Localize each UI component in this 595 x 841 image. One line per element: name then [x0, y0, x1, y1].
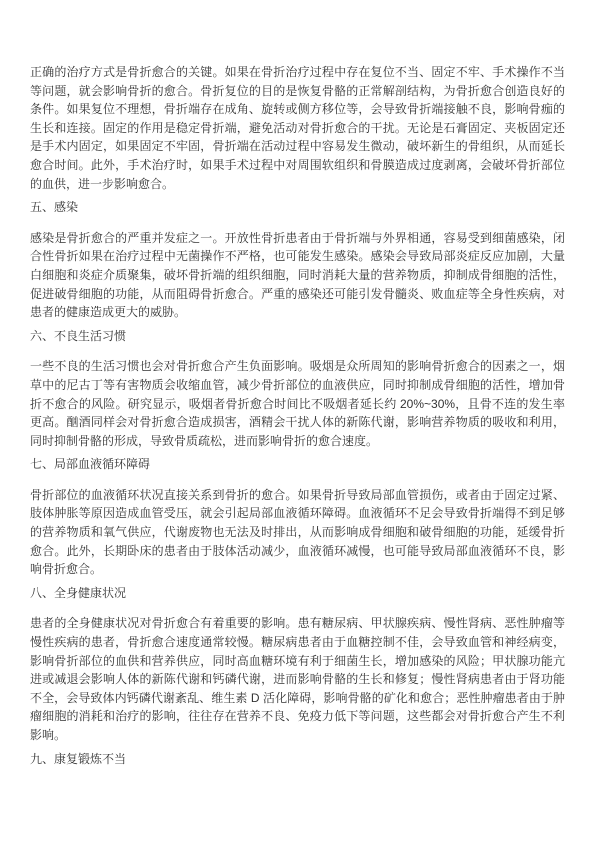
paragraph-infection: 感染是骨折愈合的严重并发症之一。开放性骨折患者由于骨折端与外界相通，容易受到细菌…	[30, 229, 565, 322]
paragraph-local-circulation: 骨折部位的血液循环状况直接关系到骨折的愈合。如果骨折导致局部血管损伤，或者由于固…	[30, 486, 565, 579]
section-heading-9-rehab-exercise: 九、康复锻炼不当	[30, 750, 565, 769]
section-heading-7-local-circulation: 七、局部血液循环障碍	[30, 455, 565, 474]
paragraph-bad-habits: 一些不良的生活习惯也会对骨折愈合产生负面影响。吸烟是众所周知的影响骨折愈合的因素…	[30, 357, 565, 450]
paragraph-general-health: 患者的全身健康状况对骨折愈合有着重要的影响。患有糖尿病、甲状腺疾病、慢性肾病、恶…	[30, 614, 565, 744]
document-body: 正确的治疗方式是骨折愈合的关键。如果在骨折治疗过程中存在复位不当、固定不牢、手术…	[30, 63, 565, 768]
paragraph-treatment-method: 正确的治疗方式是骨折愈合的关键。如果在骨折治疗过程中存在复位不当、固定不牢、手术…	[30, 63, 565, 193]
section-heading-5-infection: 五、感染	[30, 198, 565, 217]
document-page: 正确的治疗方式是骨折愈合的关键。如果在骨折治疗过程中存在复位不当、固定不牢、手术…	[0, 0, 595, 841]
section-heading-6-bad-habits: 六、不良生活习惯	[30, 327, 565, 346]
section-heading-8-general-health: 八、全身健康状况	[30, 584, 565, 603]
